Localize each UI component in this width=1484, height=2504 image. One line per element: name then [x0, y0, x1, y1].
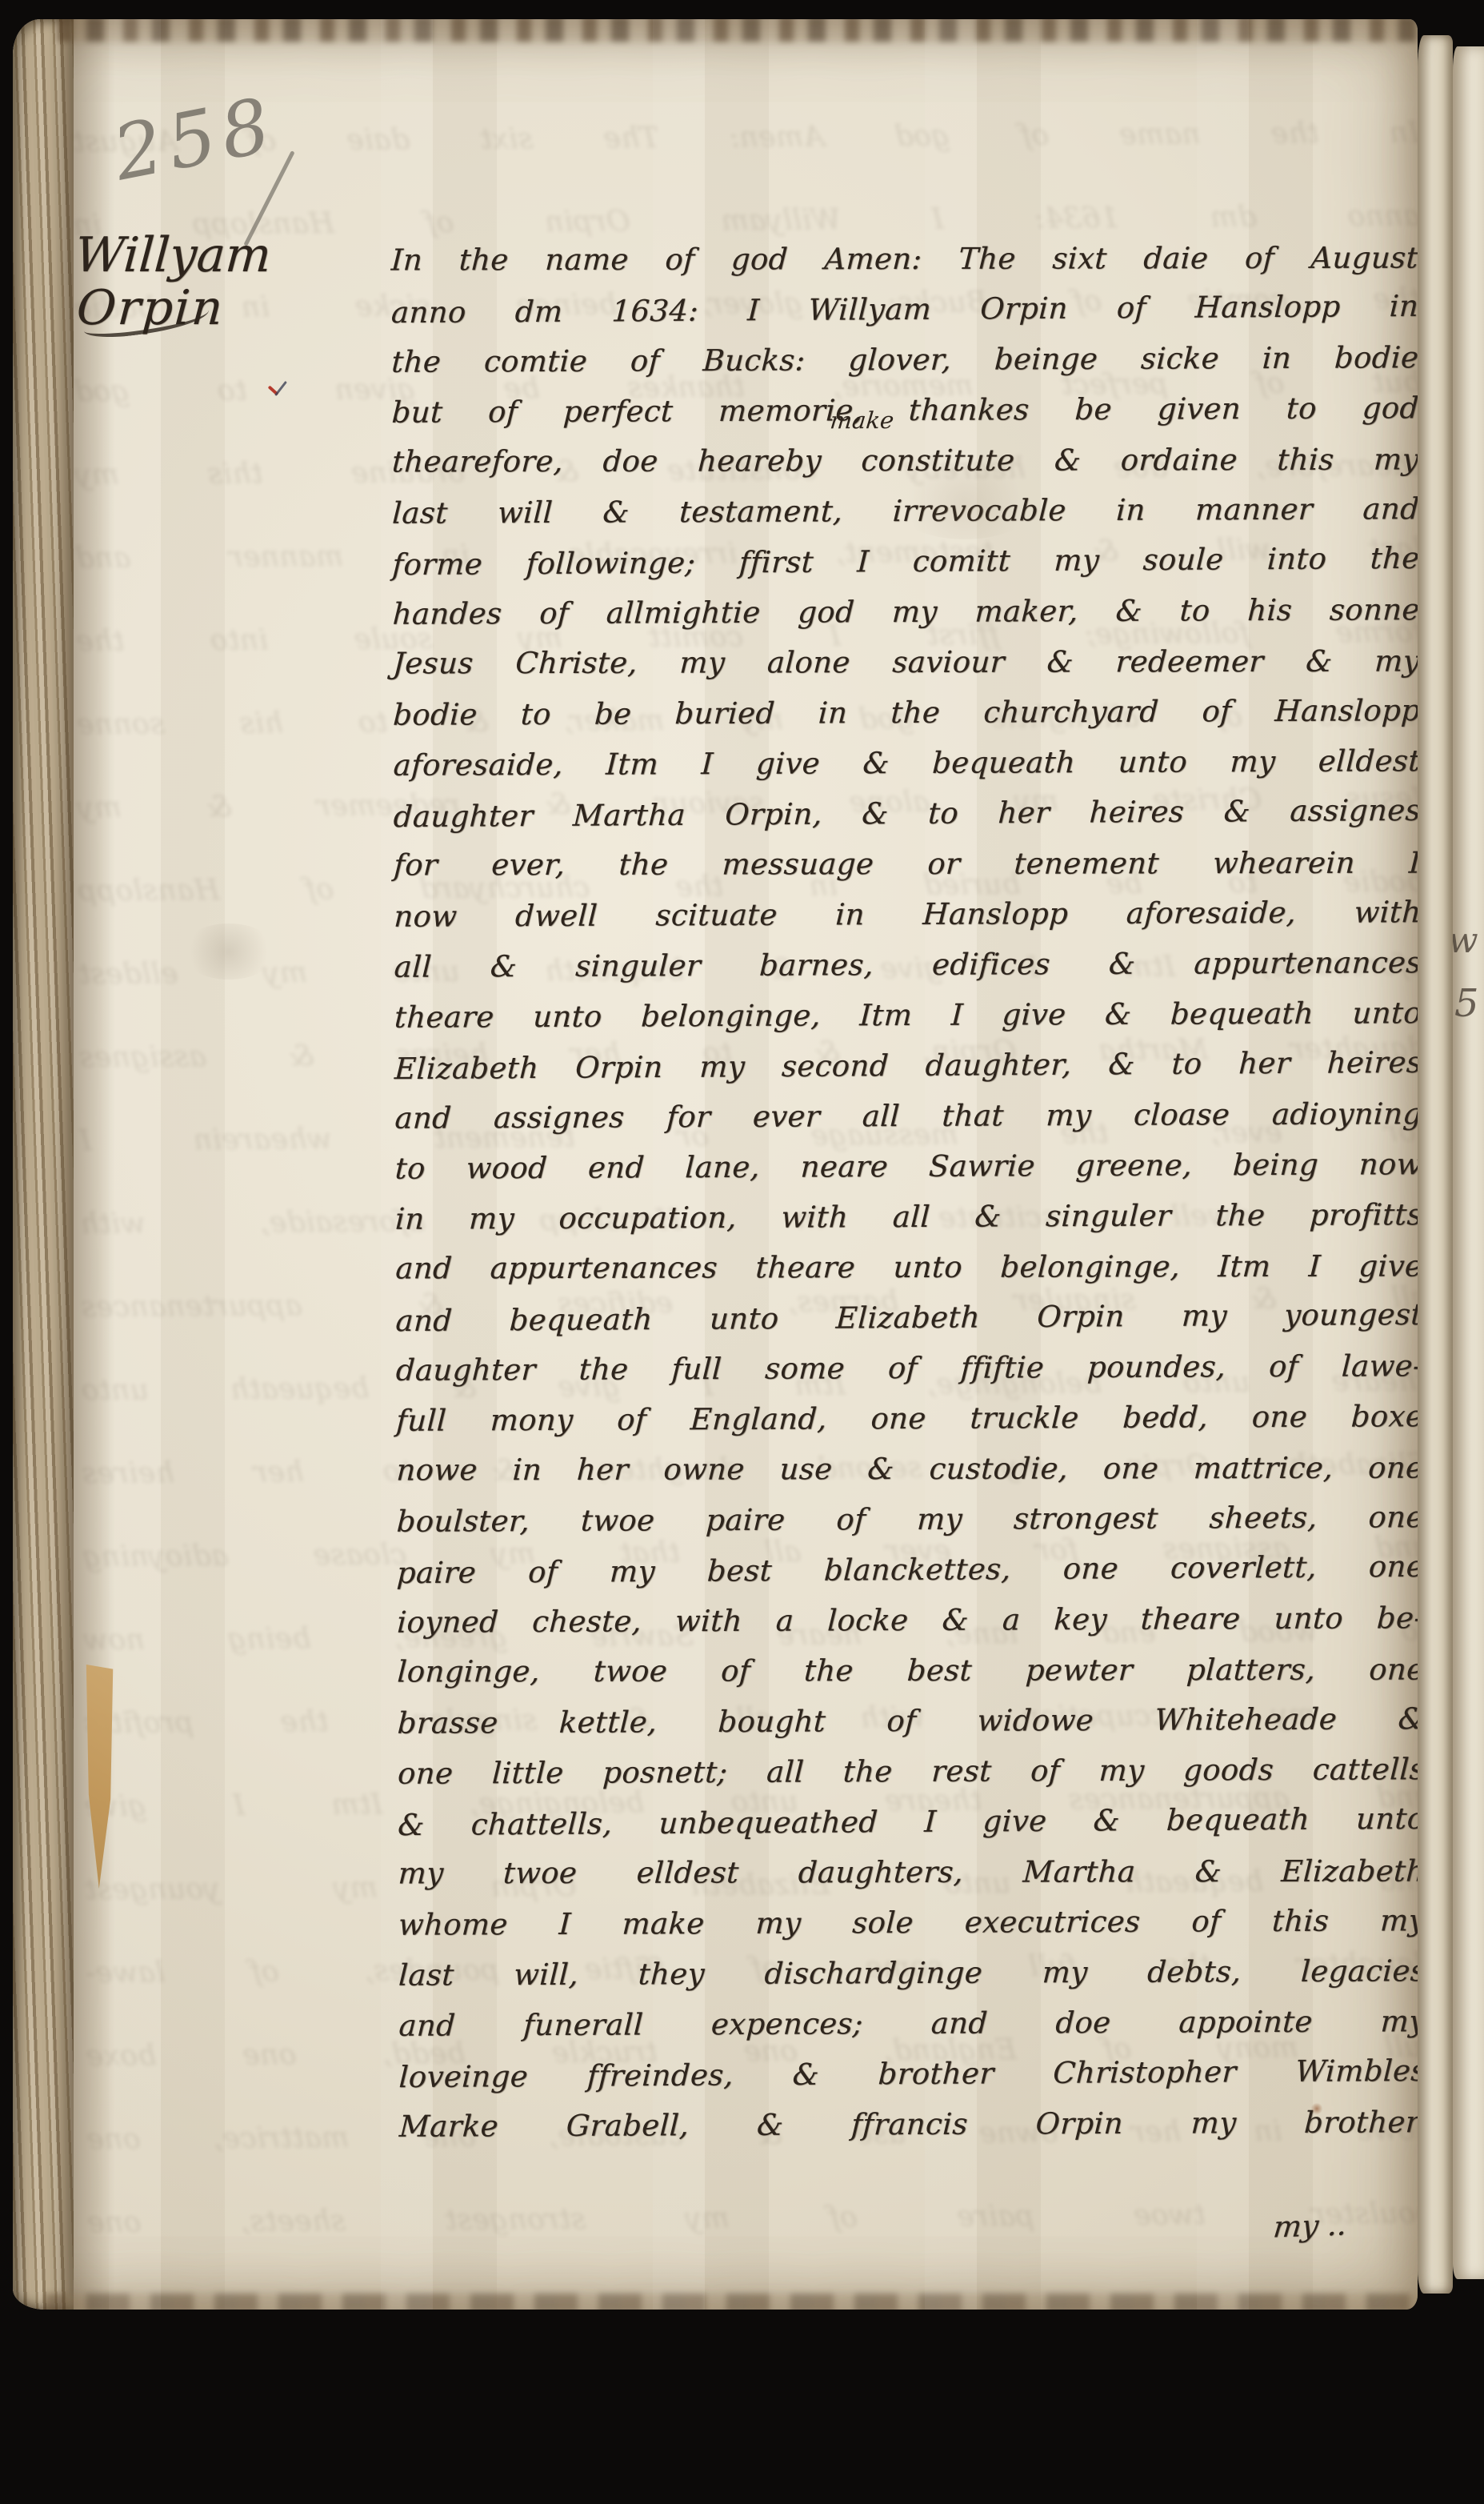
manuscript-line: Elizabeth Orpin my second daughter, & to… [394, 1037, 1418, 1094]
facing-page-fragment-bottom: 5 [1454, 981, 1479, 1026]
dark-mark-stroke [274, 381, 287, 396]
manuscript-line: paire of my best blanckettes, one coverl… [396, 1541, 1418, 1598]
manuscript-line: In the name of god Amen: The sixt daie o… [390, 233, 1418, 286]
manuscript-line: my twoe elldest daughters, Martha & Eliz… [397, 1846, 1418, 1899]
facing-page-fragment-top: w [1453, 920, 1478, 961]
manuscript-line: but of perfect memorie, thankes be given… [390, 383, 1418, 438]
gutter-shadow [74, 19, 115, 2310]
catchword: my .. [1272, 2207, 1349, 2244]
manuscript-line: one little posnett; all the rest of my g… [397, 1744, 1418, 1799]
ghost-line: boulster, twoe paire of my strongest she… [85, 2172, 1418, 2265]
margin-attribution: Willyam Orpin [75, 229, 379, 334]
manuscript-line: anno dm 1634: I Willyam Orpin of Hanslop… [390, 281, 1418, 338]
manuscript-line: daughter the full some of ffiftie pounde… [394, 1340, 1418, 1396]
manuscript-line: whome I make my sole executrices of this… [397, 1895, 1418, 1950]
manuscript-line: now dwell scituate in Hanslopp aforesaid… [393, 887, 1418, 942]
manuscript-photo: In the name of god Amen: The sixt daie o… [0, 0, 1484, 2504]
manuscript-line: ioyned cheste, with a locke & a key thea… [396, 1593, 1418, 1648]
manuscript-line: handes of allmightie god my maker, & to … [391, 584, 1418, 639]
folio-number: 258 [106, 82, 282, 198]
page-fore-edge [1418, 35, 1453, 2294]
manuscript-line: loveinge ffreindes, & brother Christophe… [398, 2045, 1418, 2102]
manuscript-line: and bequeath unto Elizabeth Orpin my you… [394, 1289, 1418, 1346]
manuscript-line: bodie to be buried in the churchyard of … [392, 685, 1418, 740]
manuscript-line: last will, they dischardginge my debts, … [398, 1945, 1418, 2001]
manuscript-line: brasse kettle, bought of widowe Whitehea… [396, 1693, 1418, 1749]
manuscript-line: for ever, the messuage or tenement whear… [393, 838, 1418, 891]
smudge-stain [181, 923, 277, 980]
page-top-deckle-edge [58, 19, 1418, 42]
manuscript-line: nowe in her owne use & custodie, one mat… [395, 1443, 1418, 1496]
red-registrar-mark [266, 381, 290, 402]
manuscript-line: Jesus Christe, my alone saviour & redeem… [392, 636, 1418, 689]
manuscript-line: theare unto belonginge, Itm I give & beq… [394, 988, 1418, 1043]
will-text-block: make In the name of god Amen: The sixt d… [391, 231, 1418, 2152]
manuscript-line: aforesaide, Itm I give & bequeath unto m… [392, 735, 1418, 791]
manuscript-line: boulster, twoe paire of my strongest she… [395, 1492, 1418, 1547]
manuscript-line: & chattells, unbequeathed I give & beque… [397, 1793, 1418, 1850]
margin-name-line1: Willyam [74, 229, 382, 282]
manuscript-line: and assignes for ever all that my cloase… [394, 1088, 1418, 1144]
manuscript-line: and funerall expences; and doe appointe … [398, 1996, 1418, 2051]
manuscript-line: and appurtenances theare unto belonginge… [394, 1241, 1418, 1294]
repair-strip [83, 1665, 114, 1889]
manuscript-line: longinge, twoe of the best pewter platte… [396, 1645, 1418, 1697]
manuscript-line: full mony of England, one truckle bedd, … [395, 1391, 1418, 1446]
manuscript-line: the comtie of Bucks: glover, beinge sick… [390, 332, 1418, 387]
manuscript-page: In the name of god Amen: The sixt daie o… [13, 19, 1418, 2310]
page-bottom-deckle-edge [45, 2294, 1418, 2310]
manuscript-line: all & singuler barnes, edifices & appurt… [393, 937, 1418, 992]
manuscript-line: thearefore, doe heareby constitute & ord… [391, 435, 1418, 487]
manuscript-line: forme followinge; ffirst I comitt my sou… [391, 533, 1418, 590]
manuscript-line: daughter Martha Orpin, & to her heires &… [392, 785, 1418, 842]
manuscript-line: Marke Grabell, & ffrancis Orpin my broth… [398, 2097, 1418, 2152]
manuscript-line: last will & testament, irrevocable in ma… [391, 483, 1418, 539]
manuscript-line: in my occupation, with all & singuler th… [394, 1189, 1418, 1244]
book-binding-edge [13, 19, 74, 2310]
manuscript-line: to wood end lane, neare Sawrie greene, b… [394, 1139, 1418, 1194]
facing-page-sliver: w 5 [1453, 46, 1484, 2279]
